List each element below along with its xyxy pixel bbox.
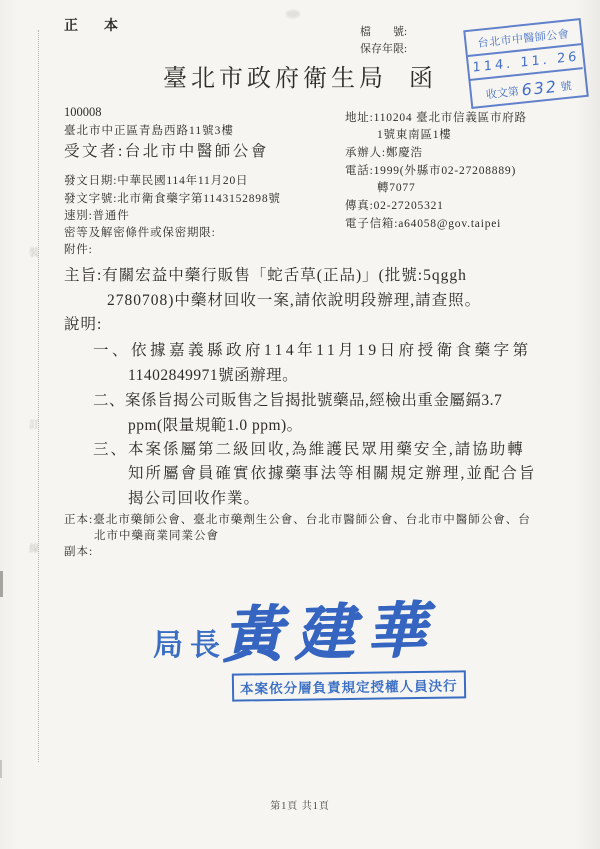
original-recipients-line2: 北市中藥商業同業公會	[94, 527, 219, 543]
authorization-stamp: 本案依分層負責規定授權人員決行	[232, 670, 466, 701]
official-letter-page: 裝 訂 線 正 本 檔 號: 保存年限: 臺北市政府衛生局函 台北市中醫師公會 …	[0, 0, 600, 849]
signer-title: 局長	[153, 620, 227, 664]
fax-line: 傳真:02-27205321	[345, 197, 444, 213]
subject-line-1: 主旨:有關宏益中藥行販售「蛇舌草(正品)」(批號:5qggh	[64, 263, 467, 285]
retention-period-label: 保存年限:	[360, 40, 407, 56]
explanation-item2-line1: 二、案係旨揭公司販售之旨揭批號藥品,經檢出重金屬鎘3.7	[93, 388, 502, 410]
scan-artifact	[0, 760, 2, 778]
file-number-label: 檔 號:	[360, 23, 407, 39]
copy-type-label: 正 本	[64, 15, 124, 35]
signer-name-signature: 黃建華	[221, 582, 439, 674]
document-number-line: 發文字號:北市衛食藥字第1143152898號	[64, 190, 281, 206]
receipt-stamp: 台北市中醫師公會 114. 11. 26 收文第 632 號	[463, 18, 589, 109]
phone-extension-line: 轉7077	[377, 179, 416, 195]
delivery-speed-line: 速別:普通件	[64, 207, 130, 223]
binding-mark-xian: 線	[29, 540, 39, 555]
cc-label: 副本:	[64, 543, 93, 559]
explanation-item3-line1: 三、本案係屬第二級回收,為維護民眾用藥安全,請協助轉	[93, 437, 525, 459]
explanation-item1-line2: 11402849971號函辦理。	[128, 363, 298, 385]
recipient-address: 臺北市中正區青島西路11號3樓	[64, 122, 234, 138]
binding-mark-zhuang: 裝	[29, 244, 39, 259]
explanation-label: 說明:	[64, 312, 102, 334]
recipient-postal-code: 100008	[64, 105, 102, 120]
agency-address-line1: 地址:110204 臺北市信義區市府路	[345, 109, 527, 125]
recipient-line: 受文者:台北市中醫師公會	[64, 139, 269, 161]
phone-line: 電話:1999(外縣市02-27208889)	[345, 162, 516, 178]
stamp-receipt-prefix: 收文第	[485, 86, 519, 101]
case-handler-line: 承辦人:鄭慶浩	[345, 144, 423, 160]
document-type: 函	[409, 66, 437, 92]
explanation-item3-line2: 知所屬會員確實依據藥事法等相關規定辦理,並配合旨	[128, 461, 536, 483]
issuing-agency: 臺北市政府衛生局	[163, 66, 387, 92]
scan-smudge	[286, 10, 300, 18]
secrecy-line: 密等及解密條件或保密期限:	[64, 224, 216, 240]
stamp-receipt-suffix: 號	[560, 80, 572, 93]
binding-dotted-line	[38, 30, 39, 762]
explanation-item2-line2: ppm(限量規範1.0 ppm)。	[128, 413, 303, 435]
scan-artifact	[0, 571, 3, 597]
binding-mark-ding: 訂	[29, 416, 39, 431]
explanation-item3-line3: 揭公司回收作業。	[128, 486, 260, 508]
stamp-receipt-no: 632	[521, 77, 559, 100]
page-number: 第1頁 共1頁	[0, 797, 600, 812]
agency-address-line2: 1號東南區1樓	[377, 126, 452, 142]
original-recipients-line1: 正本:臺北市藥師公會、臺北市藥劑生公會、台北市醫師公會、台北市中醫師公會、台	[64, 511, 531, 527]
attachment-line: 附件:	[64, 241, 93, 257]
issue-date-line: 發文日期:中華民國114年11月20日	[64, 172, 248, 188]
explanation-item1-line1: 一、依據嘉義縣政府114年11月19日府授衛食藥字第	[93, 338, 532, 360]
email-line: 電子信箱:a64058@gov.taipei	[345, 215, 501, 231]
subject-line-2: 2780708)中藥材回收一案,請依說明段辦理,請查照。	[107, 288, 481, 310]
